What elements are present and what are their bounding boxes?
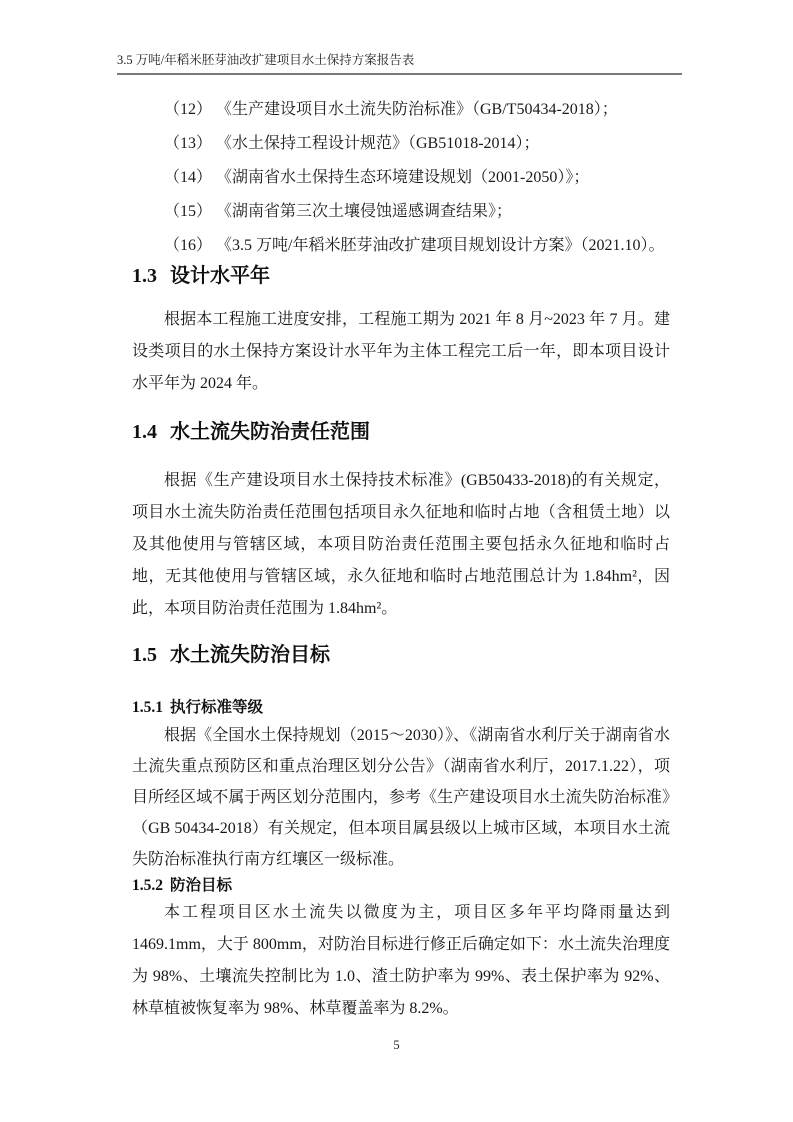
reference-item: （16） 《3.5 万吨/年稻米胚芽油改扩建项目规划设计方案》（2021.10）… — [132, 229, 670, 263]
reference-list: （12） 《生产建设项目水土流失防治标准》（GB/T50434-2018）； （… — [132, 93, 670, 263]
section-title: 设计水平年 — [170, 265, 270, 287]
document-body: （12） 《生产建设项目水土流失防治标准》（GB/T50434-2018）； （… — [132, 93, 670, 1025]
subsection-title: 执行标准等级 — [170, 699, 263, 716]
document-header-title: 3.5 万吨/年稻米胚芽油改扩建项目水土保持方案报告表 — [117, 53, 414, 67]
paragraph: 根据《生产建设项目水土保持技术标准》(GB50433-2018)的有关规定，项目… — [132, 465, 670, 625]
section-number: 1.3 — [132, 265, 157, 287]
section-title: 水土流失防治责任范围 — [170, 421, 370, 443]
paragraph: 根据本工程施工进度安排，工程施工期为 2021 年 8 月~2023 年 7 月… — [132, 304, 670, 400]
document-header: 3.5 万吨/年稻米胚芽油改扩建项目水土保持方案报告表 — [117, 52, 682, 75]
section-number: 1.5 — [132, 644, 157, 666]
page-number: 5 — [393, 1038, 399, 1052]
section-heading-1-5: 1.5水土流失防治目标 — [132, 642, 670, 668]
subsection-heading-1-5-1: 1.5.1执行标准等级 — [132, 697, 670, 719]
subsection-heading-1-5-2: 1.5.2防治目标 — [132, 875, 670, 897]
paragraph: 本工程项目区水土流失以微度为主，项目区多年平均降雨量达到 1469.1mm，大于… — [132, 897, 670, 1025]
reference-item: （15） 《湖南省第三次土壤侵蚀遥感调查结果》； — [132, 195, 670, 229]
reference-item: （12） 《生产建设项目水土流失防治标准》（GB/T50434-2018）； — [132, 93, 670, 127]
document-page: 3.5 万吨/年稻米胚芽油改扩建项目水土保持方案报告表 （12） 《生产建设项目… — [0, 0, 793, 1122]
section-heading-1-4: 1.4水土流失防治责任范围 — [132, 419, 670, 445]
section-number: 1.4 — [132, 421, 157, 443]
subsection-title: 防治目标 — [170, 877, 232, 894]
reference-item: （13） 《水土保持工程设计规范》（GB51018-2014）； — [132, 127, 670, 161]
subsection-number: 1.5.1 — [132, 699, 163, 716]
paragraph: 根据《全国水土保持规划（2015～2030）》、《湖南省水利厅关于湖南省水土流失… — [132, 720, 670, 875]
section-title: 水土流失防治目标 — [170, 644, 330, 666]
section-heading-1-3: 1.3设计水平年 — [132, 263, 670, 289]
subsection-number: 1.5.2 — [132, 877, 163, 894]
page-footer: 5 — [0, 1038, 793, 1053]
reference-item: （14） 《湖南省水土保持生态环境建设规划（2001-2050）》； — [132, 161, 670, 195]
